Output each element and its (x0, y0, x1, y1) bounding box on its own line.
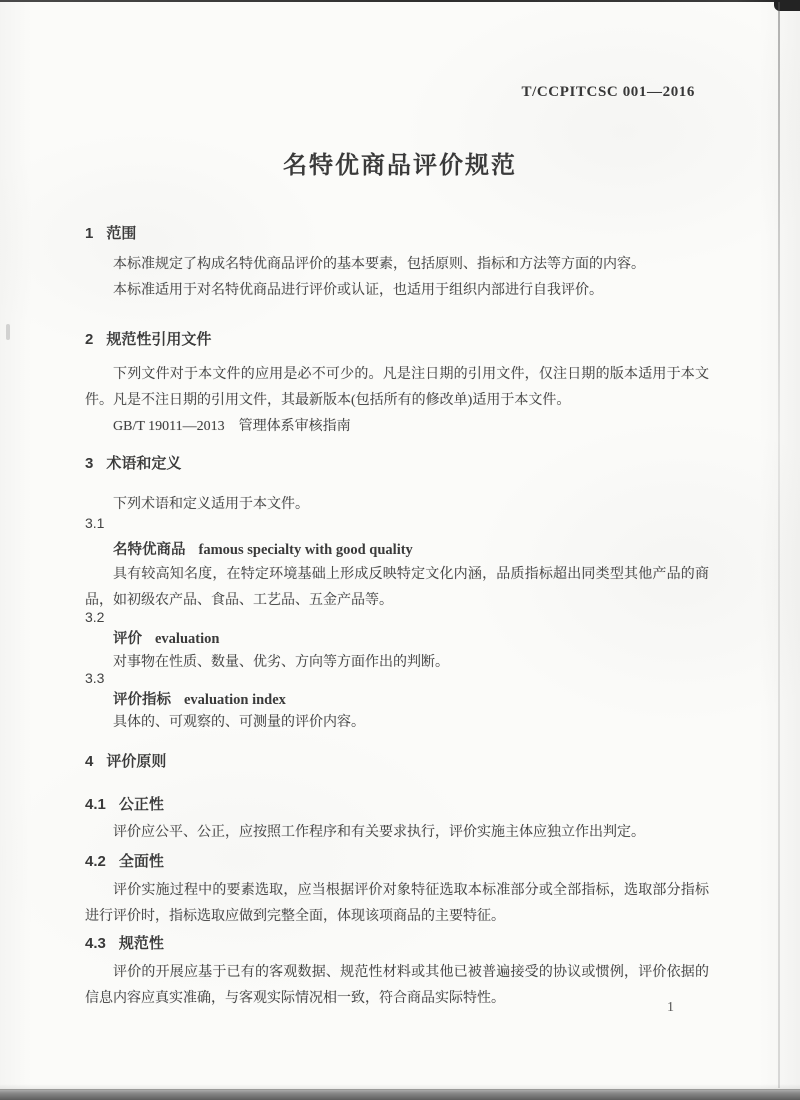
scope-paragraph-2: 本标准适用于对名特优商品进行评价或认证，也适用于组织内部进行自我评价。 (85, 278, 709, 304)
scan-edge-bottom (0, 1089, 800, 1100)
principle-2-label: 全面性 (119, 853, 164, 870)
term-3-title: 评价指标evaluation index (113, 688, 286, 709)
document-title: 名特优商品评价规范 (0, 145, 800, 180)
scan-edge-top (0, 0, 800, 2)
section-3-number: 3 (85, 455, 93, 472)
scanned-document-page: T/CCPITCSC 001—2016 名特优商品评价规范 1范围 本标准规定了… (0, 0, 800, 1100)
principle-1-number: 4.1 (85, 796, 106, 813)
section-1-number: 1 (85, 225, 93, 242)
normative-refs-paragraph: 下列文件对于本文件的应用是必不可少的。凡是注日期的引用文件，仅注日期的版本适用于… (85, 362, 709, 414)
term-1-chinese: 名特优商品 (113, 542, 186, 558)
page-number: 1 (667, 1000, 674, 1016)
principle-3-heading: 4.3规范性 (85, 932, 164, 953)
term-2-number: 3.2 (85, 609, 104, 625)
principle-1-heading: 4.1公正性 (85, 793, 164, 814)
normative-reference-item: GB/T 19011—2013 管理体系审核指南 (85, 414, 709, 440)
section-1-heading: 1范围 (85, 222, 136, 243)
term-2-chinese: 评价 (113, 631, 142, 647)
section-3-heading: 3术语和定义 (85, 452, 181, 473)
scope-paragraph-1: 本标准规定了构成名特优商品评价的基本要素，包括原则、指标和方法等方面的内容。 (85, 252, 709, 278)
term-3-definition: 具体的、可观察的、可测量的评价内容。 (85, 710, 709, 736)
section-1-label: 范围 (106, 225, 136, 242)
term-3-number: 3.3 (85, 670, 104, 686)
standard-code: T/CCPITCSC 001—2016 (522, 84, 696, 101)
scan-artifact-left (6, 324, 10, 340)
principle-2-heading: 4.2全面性 (85, 850, 164, 871)
term-2-definition: 对事物在性质、数量、优劣、方向等方面作出的判断。 (85, 650, 709, 676)
term-3-english: evaluation index (184, 692, 286, 708)
term-1-title: 名特优商品famous specialty with good quality (113, 538, 413, 559)
term-1-english: famous specialty with good quality (199, 542, 413, 558)
principle-3-text: 评价的开展应基于已有的客观数据、规范性材料或其他已被普遍接受的协议或惯例，评价依… (85, 960, 709, 1012)
section-3-label: 术语和定义 (106, 455, 181, 472)
term-2-english: evaluation (155, 631, 219, 647)
term-1-definition: 具有较高知名度，在特定环境基础上形成反映特定文化内涵，品质指标超出同类型其他产品… (85, 562, 709, 614)
principle-2-text: 评价实施过程中的要素选取，应当根据评价对象特征选取本标准部分或全部指标，选取部分… (85, 878, 709, 930)
principle-1-text: 评价应公平、公正，应按照工作程序和有关要求执行，评价实施主体应独立作出判定。 (85, 820, 709, 846)
section-4-heading: 4评价原则 (85, 750, 166, 771)
principle-2-number: 4.2 (85, 853, 106, 870)
term-2-title: 评价evaluation (113, 627, 219, 648)
section-2-heading: 2规范性引用文件 (85, 328, 211, 349)
section-4-number: 4 (85, 753, 93, 770)
terms-intro: 下列术语和定义适用于本文件。 (85, 492, 709, 518)
section-2-number: 2 (85, 331, 93, 348)
term-1-number: 3.1 (85, 515, 104, 531)
principle-3-label: 规范性 (119, 935, 164, 952)
principle-1-label: 公正性 (119, 796, 164, 813)
section-2-label: 规范性引用文件 (106, 331, 211, 348)
term-3-chinese: 评价指标 (113, 692, 171, 708)
section-4-label: 评价原则 (106, 753, 166, 770)
principle-3-number: 4.3 (85, 935, 106, 952)
